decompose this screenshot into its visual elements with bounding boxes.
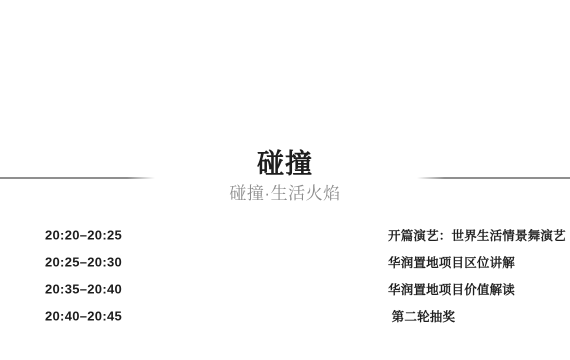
page-subtitle: 碰撞·生活火焰 (0, 184, 570, 204)
schedule-row: 20:25–20:30 华润置地项目区位讲解 (0, 248, 570, 275)
activity-label: 第二轮抽奖 (388, 307, 455, 325)
activity-label: 华润置地项目区位讲解 (388, 253, 515, 271)
time-label: 20:35–20:40 (45, 281, 122, 296)
schedule-row: 20:20–20:25 开篇演艺：世界生活情景舞演艺 (0, 221, 570, 248)
time-label: 20:40–20:45 (45, 308, 122, 323)
schedule-row: 20:35–20:40 华润置地项目价值解读 (0, 275, 570, 302)
schedule-row: 20:40–20:45 第二轮抽奖 (0, 302, 570, 329)
program-page: 碰撞 碰撞·生活火焰 20:20–20:25 开篇演艺：世界生活情景舞演艺 20… (0, 0, 570, 360)
schedule-list: 20:20–20:25 开篇演艺：世界生活情景舞演艺 20:25–20:30 华… (0, 221, 570, 329)
time-label: 20:20–20:25 (45, 227, 122, 242)
page-title: 碰撞 (0, 149, 570, 179)
activity-label: 开篇演艺：世界生活情景舞演艺 (388, 226, 566, 244)
activity-label: 华润置地项目价值解读 (388, 280, 515, 298)
time-label: 20:25–20:30 (45, 254, 122, 269)
